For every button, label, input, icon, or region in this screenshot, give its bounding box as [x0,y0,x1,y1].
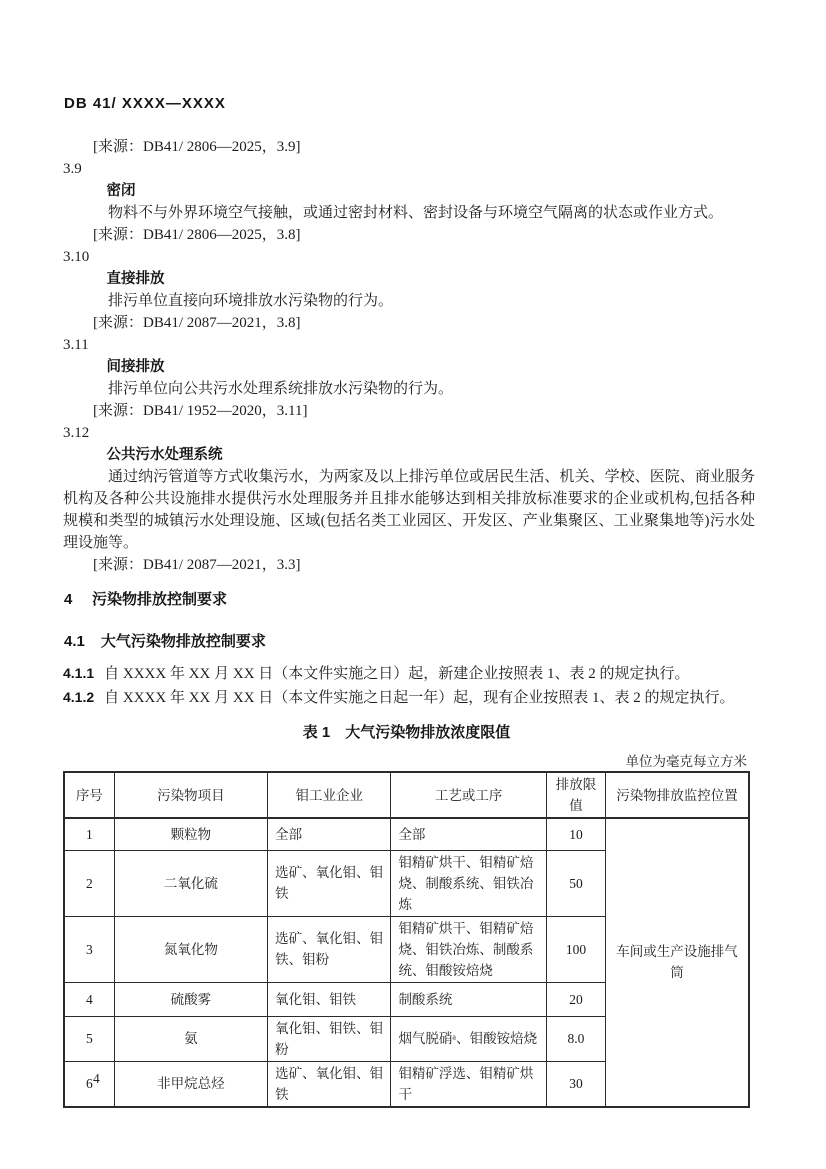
column-header-process: 工艺或工序 [391,772,546,818]
term-number: 3.10 [63,246,755,268]
section-number: 4 [64,589,78,611]
term-title: 间接排放 [63,356,755,378]
section-heading-4-1: 4.1大气污染物排放控制要求 [64,631,266,653]
clauses: 4.1.1自 XXXX 年 XX 月 XX 日（本文件实施之日）起，新建企业按照… [63,662,763,710]
cell-no: 1 [64,818,114,850]
cell-process: 烟气脱硝ᵃ、钼酸铵焙烧 [391,1016,546,1061]
clause-4-1-1: 4.1.1自 XXXX 年 XX 月 XX 日（本文件实施之日）起，新建企业按照… [63,662,763,686]
term-definition: 排污单位向公共污水处理系统排放水污染物的行为。 [63,378,755,400]
source-reference: [来源：DB41/ 1952—2020，3.11] [63,400,755,422]
cell-limit: 100 [546,916,605,982]
section-number: 4.1 [64,631,85,653]
table-row: 1 颗粒物 全部 全部 10 车间或生产设施排气筒 [64,818,749,850]
term-definition: 通过纳污管道等方式收集污水，为两家及以上排污单位或居民生活、机关、学校、医院、商… [63,466,755,554]
column-header-enterprise: 钼工业企业 [268,772,391,818]
cell-pollutant: 二氧化硫 [114,850,267,916]
clause-text: 自 XXXX 年 XX 月 XX 日（本文件实施之日起一年）起，现有企业按照表 … [104,690,734,706]
clause-number: 4.1.2 [63,689,94,705]
table-header-row: 序号 污染物项目 钼工业企业 工艺或工序 排放限值 污染物排放监控位置 [64,772,749,818]
cell-process: 钼精矿烘干、钼精矿焙烧、钼铁冶炼、制酸系统、钼酸铵焙烧 [391,916,546,982]
cell-enterprise: 氧化钼、钼铁、钼粉 [268,1016,391,1061]
cell-limit: 10 [546,818,605,850]
cell-limit: 50 [546,850,605,916]
clause-text: 自 XXXX 年 XX 月 XX 日（本文件实施之日）起，新建企业按照表 1、表… [104,666,689,682]
cell-no: 4 [64,982,114,1016]
section-heading-4: 4污染物排放控制要求 [64,589,227,611]
column-header-no: 序号 [64,772,114,818]
source-reference: [来源：DB41/ 2087—2021，3.8] [63,312,755,334]
cell-enterprise: 选矿、氧化钼、钼铁 [268,850,391,916]
cell-no: 3 [64,916,114,982]
document-code: DB 41/ XXXX—XXXX [64,95,226,112]
cell-pollutant: 氨 [114,1016,267,1061]
column-header-pollutant: 污染物项目 [114,772,267,818]
term-title: 密闭 [63,180,755,202]
column-header-monitoring: 污染物排放监控位置 [606,772,749,818]
section-heading-text: 大气污染物排放控制要求 [101,633,266,650]
clause-number: 4.1.1 [63,665,94,681]
term-number: 3.9 [63,158,755,180]
source-reference: [来源：DB41/ 2087—2021，3.3] [63,554,755,576]
cell-pollutant: 氮氧化物 [114,916,267,982]
cell-process: 全部 [391,818,546,850]
document-page: DB 41/ XXXX—XXXX [来源：DB41/ 2806—2025，3.9… [0,0,826,1169]
terms-section: [来源：DB41/ 2806—2025，3.9] 3.9 密闭 物料不与外界环境… [63,136,755,576]
cell-process: 钼精矿浮选、钼精矿烘干 [391,1061,546,1107]
cell-no: 5 [64,1016,114,1061]
cell-enterprise: 选矿、氧化钼、钼铁、钼粉 [268,916,391,982]
term-number: 3.12 [63,422,755,444]
cell-enterprise: 选矿、氧化钼、钼铁 [268,1061,391,1107]
clause-4-1-2: 4.1.2自 XXXX 年 XX 月 XX 日（本文件实施之日起一年）起，现有企… [63,686,763,710]
cell-process: 制酸系统 [391,982,546,1016]
cell-pollutant: 非甲烷总烃 [114,1061,267,1107]
cell-pollutant: 颗粒物 [114,818,267,850]
source-reference: [来源：DB41/ 2806—2025，3.8] [63,224,755,246]
cell-process: 钼精矿烘干、钼精矿焙烧、制酸系统、钼铁冶炼 [391,850,546,916]
table1-title: 表 1 大气污染物排放浓度限值 [63,721,750,742]
column-header-limit: 排放限值 [546,772,605,818]
table1-container: 序号 污染物项目 钼工业企业 工艺或工序 排放限值 污染物排放监控位置 1 颗粒… [63,771,750,1108]
cell-limit: 8.0 [546,1016,605,1061]
source-reference: [来源：DB41/ 2806—2025，3.9] [63,136,755,158]
term-title: 公共污水处理系统 [63,444,755,466]
table1-unit-note: 单位为毫克每立方米 [63,750,747,770]
term-definition: 物料不与外界环境空气接触，或通过密封材料、密封设备与环境空气隔离的状态或作业方式… [63,202,755,224]
term-title: 直接排放 [63,268,755,290]
term-number: 3.11 [63,334,755,356]
cell-monitoring-position: 车间或生产设施排气筒 [606,818,749,1107]
section-heading-text: 污染物排放控制要求 [92,591,227,608]
cell-limit: 20 [546,982,605,1016]
cell-limit: 30 [546,1061,605,1107]
cell-enterprise: 全部 [268,818,391,850]
cell-enterprise: 氧化钼、钼铁 [268,982,391,1016]
table1: 序号 污染物项目 钼工业企业 工艺或工序 排放限值 污染物排放监控位置 1 颗粒… [63,771,750,1108]
term-definition: 排污单位直接向环境排放水污染物的行为。 [63,290,755,312]
cell-no: 6 [64,1061,114,1107]
cell-pollutant: 硫酸雾 [114,982,267,1016]
page-number: 4 [93,1071,100,1087]
cell-no: 2 [64,850,114,916]
